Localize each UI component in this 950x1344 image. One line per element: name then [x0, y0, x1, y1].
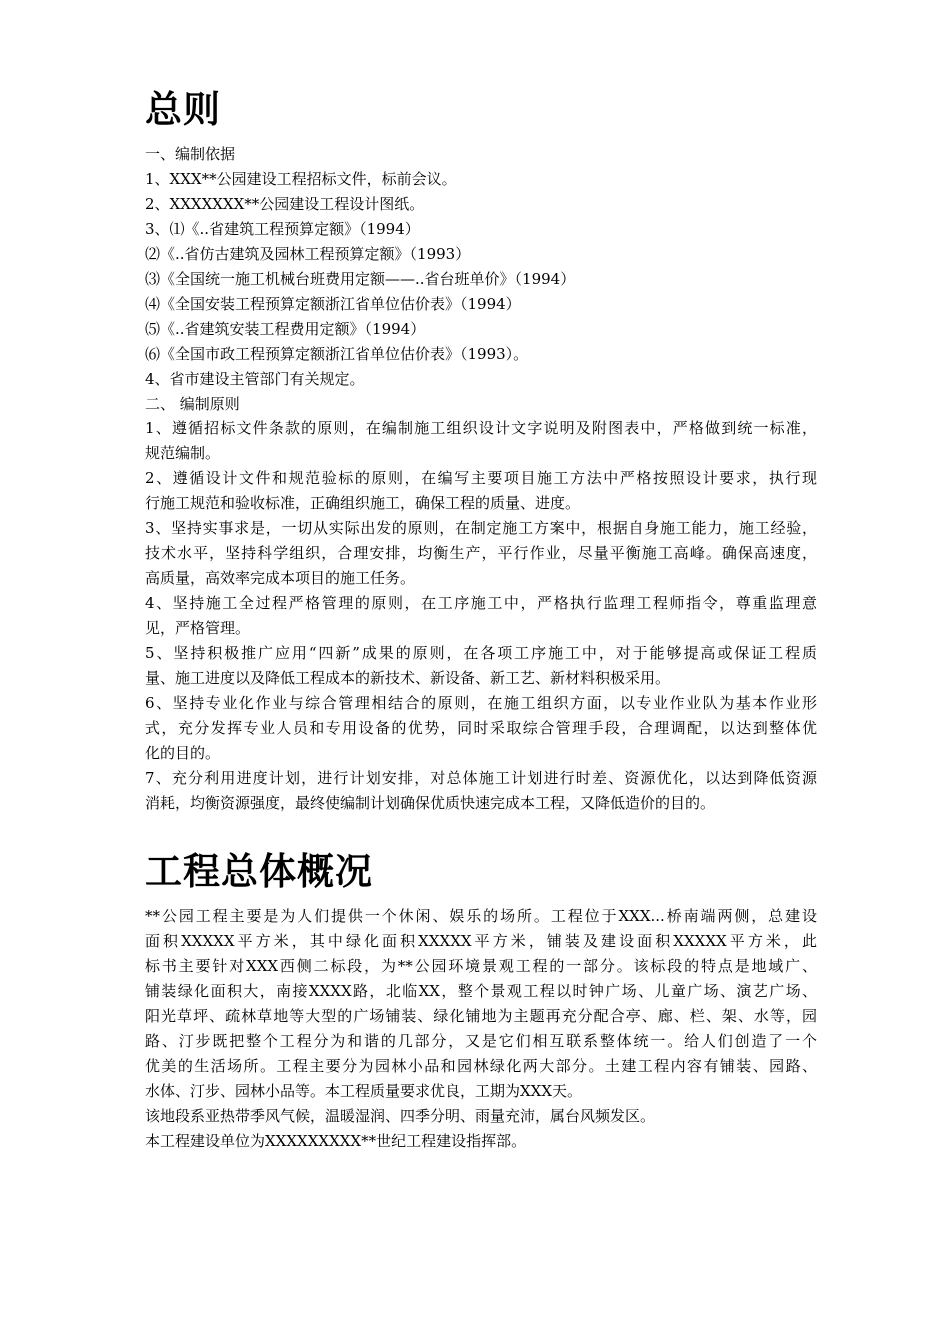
principle-line: 2、遵循设计文件和规范验标的原则，在编写主要项目施工方法中严格按照设计要求，执行… [145, 466, 817, 491]
basis-item: ⑶《全国统一施工机械台班费用定额——..省台班单价》（1994） [145, 267, 817, 292]
overview-line: 标书主要针对XXX西侧二标段，为**公园环境景观工程的一部分。该标段的特点是地域… [145, 954, 817, 979]
basis-item: 3、⑴《..省建筑工程预算定额》（1994） [145, 217, 817, 242]
overview-line: 面积XXXXX平方米，其中绿化面积XXXXX平方米，铺装及建设面积XXXXX平方… [145, 929, 817, 954]
overview-line: 水体、汀步、园林小品等。本工程质量要求优良，工期为XXX天。 [145, 1079, 817, 1104]
principle-line: 见，严格管理。 [145, 616, 817, 641]
principle-line: 3、坚持实事求是，一切从实际出发的原则，在制定施工方案中，根据自身施工能力，施工… [145, 516, 817, 541]
principle-line: 化的目的。 [145, 741, 817, 766]
principle-line: 7、充分利用进度计划，进行计划安排，对总体施工计划进行时差、资源优化，以达到降低… [145, 766, 817, 791]
principle-line: 规范编制。 [145, 441, 817, 466]
heading-project-overview: 工程总体概况 [145, 850, 373, 894]
basis-item: 2、XXXXXXX**公园建设工程设计图纸。 [145, 192, 817, 217]
overview-line: 阳光草坪、疏林草地等大型的广场铺装、绿化铺地为主题再充分配合亭、廊、栏、架、水等… [145, 1004, 817, 1029]
heading-general-principles: 总则 [145, 88, 221, 132]
overview-line: 铺装绿化面积大，南接XXXX路，北临XX，整个景观工程以时钟广场、儿童广场、演艺… [145, 979, 817, 1004]
principle-line: 行施工规范和验收标准，正确组织施工，确保工程的质量、进度。 [145, 491, 817, 516]
overview-line: 优美的生活场所。工程主要分为园林小品和园林绿化两大部分。土建工程内容有铺装、园路… [145, 1054, 817, 1079]
overview-line: 路、汀步既把整个工程分为和谐的几部分，又是它们相互联系整体统一。给人们创造了一个 [145, 1029, 817, 1054]
basis-item: 1、XXX**公园建设工程招标文件，标前会议。 [145, 167, 817, 192]
principle-line: 4、坚持施工全过程严格管理的原则，在工序施工中，严格执行监理工程师指令，尊重监理… [145, 591, 817, 616]
owner-paragraph: 本工程建设单位为XXXXXXXXX**世纪工程建设指挥部。 [145, 1129, 817, 1154]
principle-line: 高质量，高效率完成本项目的施工任务。 [145, 566, 817, 591]
subheading-principles: 二、 编制原则 [145, 392, 817, 417]
principle-line: 量、施工进度以及降低工程成本的新技术、新设备、新工艺、新材料积极采用。 [145, 666, 817, 691]
principle-line: 式，充分发挥专业人员和专用设备的优势，同时采取综合管理手段，合理调配，以达到整体… [145, 716, 817, 741]
overview-line: **公园工程主要是为人们提供一个休闲、娱乐的场所。工程位于XXX...桥南端两侧… [145, 904, 817, 929]
basis-item: ⑷《全国安装工程预算定额浙江省单位估价表》（1994） [145, 292, 817, 317]
climate-paragraph: 该地段系亚热带季风气候，温暖湿润、四季分明、雨量充沛，属台风频发区。 [145, 1104, 817, 1129]
principle-line: 技术水平，坚持科学组织，合理安排，均衡生产，平行作业，尽量平衡施工高峰。确保高速… [145, 541, 817, 566]
principle-line: 6、坚持专业化作业与综合管理相结合的原则，在施工组织方面，以专业作业队为基本作业… [145, 691, 817, 716]
basis-item: 4、省市建设主管部门有关规定。 [145, 367, 817, 392]
basis-item: ⑹《全国市政工程预算定额浙江省单位估价表》（1993）。 [145, 342, 817, 367]
principle-line: 消耗，均衡资源强度，最终使编制计划确保优质快速完成本工程，又降低造价的目的。 [145, 791, 817, 816]
basis-item: ⑸《..省建筑安装工程费用定额》（1994） [145, 317, 817, 342]
principle-line: 5、坚持积极推广应用“四新”成果的原则，在各项工序施工中，对于能够提高或保证工程… [145, 641, 817, 666]
basis-item: ⑵《..省仿古建筑及园林工程预算定额》（1993） [145, 242, 817, 267]
subheading-basis: 一、编制依据 [145, 142, 817, 167]
principle-line: 1、遵循招标文件条款的原则，在编制施工组织设计文字说明及附图表中，严格做到统一标… [145, 416, 817, 441]
